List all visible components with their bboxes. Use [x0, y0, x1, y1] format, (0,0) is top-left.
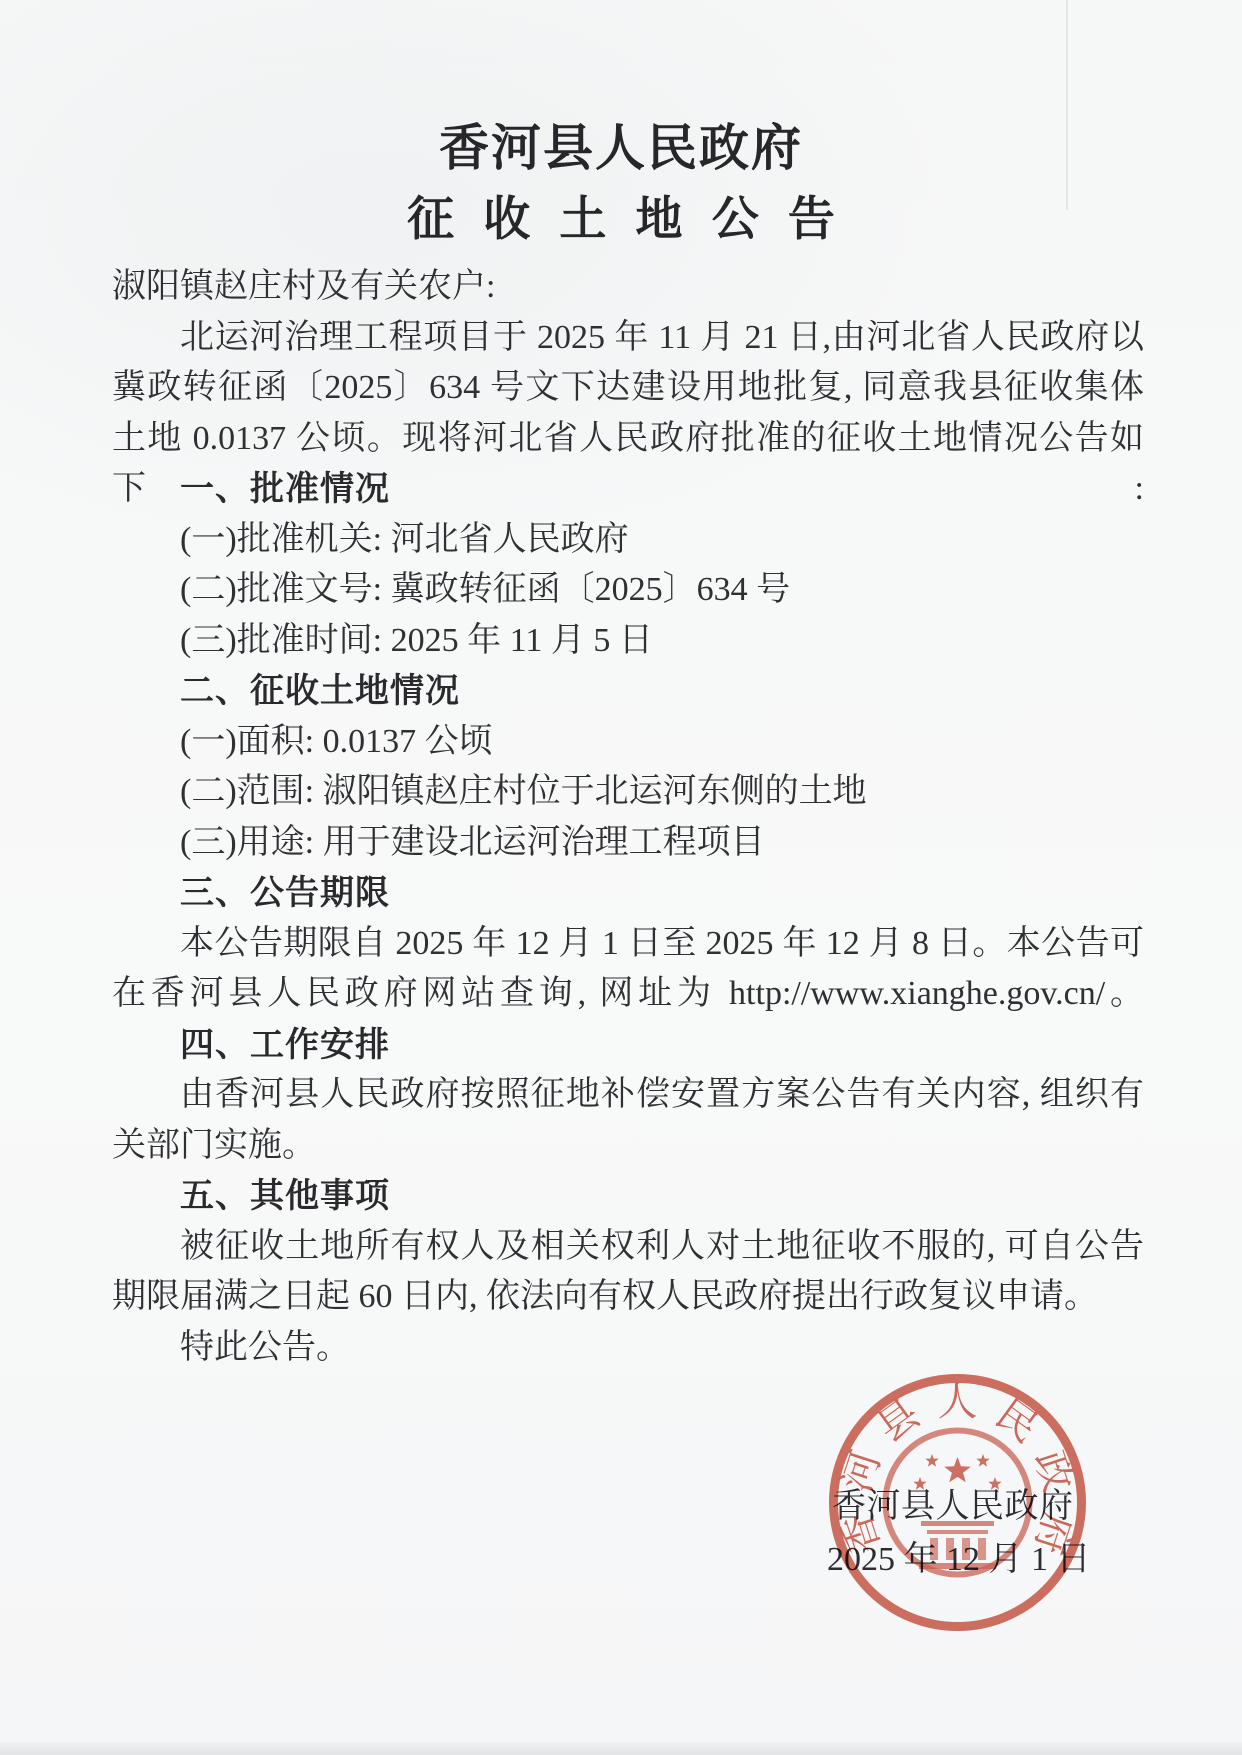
seal-gate-pillar [946, 1538, 954, 1560]
body-text-line: 淑阳镇赵庄村及有关农户: [112, 262, 1144, 313]
section-heading-line: 五、其他事项 [112, 1171, 1144, 1222]
section-heading-line: 二、征收土地情况 [112, 666, 1144, 717]
body-text-line: (三)批准时间: 2025 年 11 月 5 日 [112, 616, 1144, 667]
seal-gate-beam [927, 1530, 988, 1534]
body-text-line: 由香河县人民政府按照征地补偿安置方案公告有关内容, 组织有 [112, 1070, 1144, 1121]
seal-gate-pillar [962, 1538, 970, 1560]
announcement-body: 淑阳镇赵庄村及有关农户:北运河治理工程项目于 2025 年 11 月 21 日,… [112, 262, 1144, 1373]
body-text-line: 本公告期限自 2025 年 12 月 1 日至 2025 年 12 月 8 日。… [112, 919, 1144, 970]
announcement-title: 征收土地公告 [0, 182, 1242, 249]
body-text-line: (一)批准机关: 河北省人民政府 [112, 515, 1144, 566]
official-seal: 香河县人民政府 [826, 1371, 1089, 1634]
seal-emblem-ring [886, 1431, 1030, 1575]
seal-small-star [976, 1454, 989, 1467]
body-text-line: 冀政转征函〔2025〕634 号文下达建设用地批复, 同意我县征收集体 [112, 363, 1144, 414]
seal-arc-char: 人 [938, 1379, 978, 1424]
body-text-line: 特此公告。 [112, 1323, 1144, 1374]
body-text-line: 被征收土地所有权人及相关权利人对土地征收不服的, 可自公告 [112, 1222, 1144, 1273]
body-text-line: (二)范围: 淑阳镇赵庄村位于北运河东侧的土地 [112, 767, 1144, 818]
seal-small-star [925, 1454, 938, 1467]
body-text-line: (一)面积: 0.0137 公顷 [112, 717, 1144, 768]
section-heading-line: 四、工作安排 [112, 1020, 1144, 1071]
seal-small-star [913, 1477, 926, 1490]
scan-artifact-line [1066, 0, 1068, 210]
seal-gate-base [919, 1563, 996, 1569]
scanned-announcement-page: 香河县人民政府 征收土地公告 淑阳镇赵庄村及有关农户:北运河治理工程项目于 20… [0, 0, 1242, 1755]
body-text-line: (三)用途: 用于建设北运河治理工程项目 [112, 818, 1144, 869]
body-text-line: 土地 0.0137 公顷。现将河北省人民政府批准的征收土地情况公告如下: [112, 414, 1144, 465]
body-text-line: (二)批准文号: 冀政转征函〔2025〕634 号 [112, 565, 1144, 616]
body-text-line: 在香河县人民政府网站查询, 网址为 http://www.xianghe.gov… [112, 969, 1144, 1020]
issuer-title: 香河县人民政府 [0, 108, 1242, 180]
section-heading-line: 三、公告期限 [112, 868, 1144, 919]
seal-gate-roof [921, 1521, 994, 1526]
seal-gate-pillar [930, 1538, 938, 1560]
body-text-line: 期限届满之日起 60 日内, 依法向有权人民政府提出行政复议申请。 [112, 1272, 1144, 1323]
body-text-line: 关部门实施。 [112, 1121, 1144, 1172]
scan-edge-shadow [0, 1742, 1242, 1755]
body-text-line: 北运河治理工程项目于 2025 年 11 月 21 日,由河北省人民政府以 [112, 313, 1144, 364]
seal-big-star [944, 1457, 971, 1482]
seal-small-star [988, 1477, 1001, 1490]
seal-gate-pillar [978, 1538, 986, 1560]
